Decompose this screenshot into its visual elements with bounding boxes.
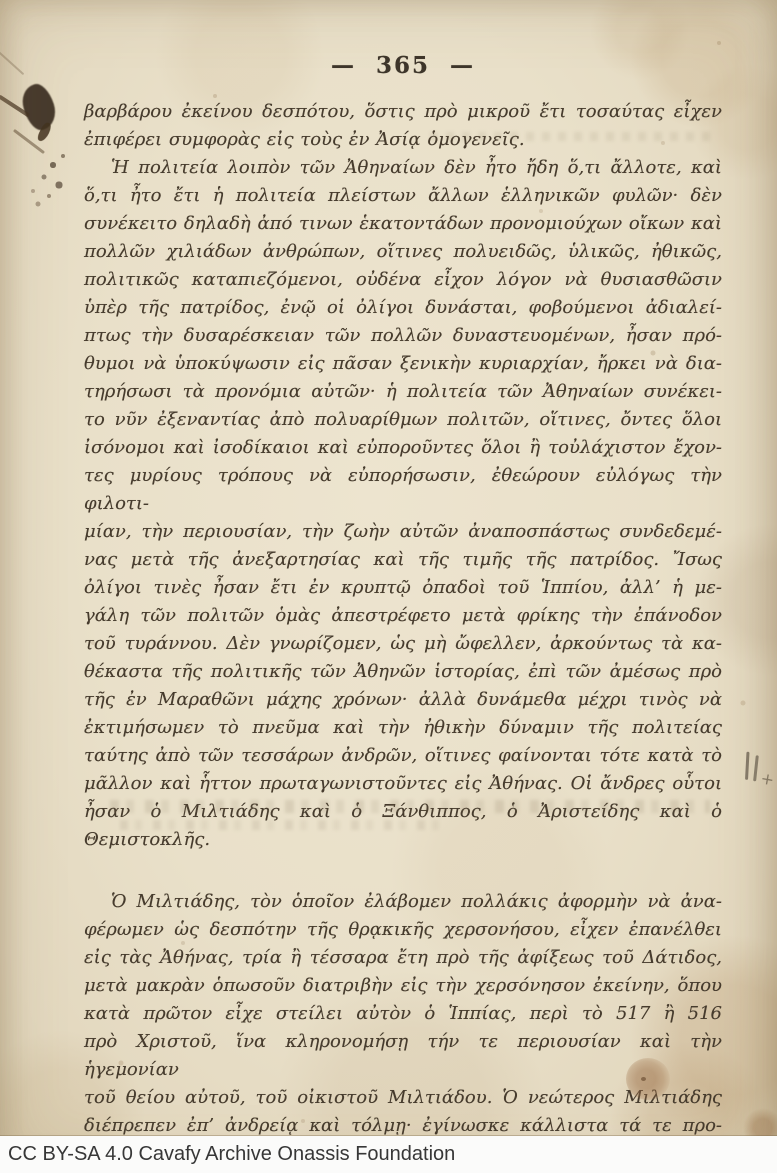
text-line: πολλῶν χιλιάδων ἀνθρώπων, οἵτινες πολυει… (84, 238, 722, 266)
ink-spatter-dots (46, 150, 48, 152)
text-line: κατὰ πρῶτον εἶχε στείλει αὐτὸν ὁ Ἱππίας,… (84, 1000, 722, 1028)
text-line: πτως τὴν δυσαρέσκειαν τῶν πολλῶν δυναστε… (84, 322, 722, 350)
round-foxing-stain (626, 1058, 670, 1100)
text-line: ἐκτιμήσωμεν τὸ πνεῦμα καὶ τὴν ἠθικὴν δύν… (84, 714, 722, 742)
text-line: ταύτης ἀπὸ τῶν τεσσάρων ἀνδρῶν, οἵτινες … (84, 742, 722, 770)
paragraph-continuation: βαρβάρου ἐκείνου δεσπότου, ὅστις πρὸ μικ… (84, 98, 722, 154)
pencil-annotation: + (738, 749, 777, 804)
pencil-stroke (753, 755, 759, 781)
pencil-plus-mark: + (759, 768, 776, 789)
page-number: — 365 — (84, 52, 722, 79)
stain-dark-center (641, 1077, 646, 1081)
text-line: τηρήσωσι τὰ προνόμια αὐτῶν· ἡ πολιτεία τ… (84, 378, 722, 406)
paragraph-miltiades: Ὁ Μιλτιάδης, τὸν ὁποῖον ἐλάβομεν πολλάκι… (84, 888, 722, 1140)
text-line: ὀλίγοι τινὲς ἦσαν ἔτι ἐν κρυπτῷ ὀπαδοὶ τ… (84, 574, 722, 602)
text-line: ἰσόνομοι καὶ ἰσοδίκαιοι καὶ εὐποροῦντες … (84, 434, 722, 462)
text-line: πολιτικῶς καταπιεζόμενοι, οὐδένα εἶχον λ… (84, 266, 722, 294)
text-block: βαρβάρου ἐκείνου δεσπότου, ὅστις πρὸ μικ… (84, 98, 722, 1140)
paragraph-politeia: Ἡ πολιτεία λοιπὸν τῶν Ἀθηναίων δὲν ἦτο ἤ… (84, 154, 722, 854)
text-line: νας μετὰ τῆς ἀνεξαρτησίας καὶ τῆς τιμῆς … (84, 546, 722, 574)
text-line: μίαν, τὴν περιουσίαν, τὴν ζωὴν αὐτῶν ἀνα… (84, 518, 722, 546)
text-line: βαρβάρου ἐκείνου δεσπότου, ὅστις πρὸ μικ… (84, 98, 722, 126)
license-text: CC BY-SA 4.0 Cavafy Archive Onassis Foun… (0, 1136, 777, 1173)
text-line: τῆς ἐν Μαραθῶνι μάχης χρόνων· ἀλλὰ δυνάμ… (84, 686, 722, 714)
ink-blot (18, 80, 61, 133)
text-line: τες μυρίους τρόπους νὰ εὐπορήσωσιν, ἐθεώ… (84, 462, 722, 518)
text-line: συνέκειτο δηλαδὴ ἀπό τινων ἑκατοντάδων π… (84, 210, 722, 238)
text-line: ὑπὲρ τῆς πατρίδος, ἐνῷ οἱ ὀλίγοι δυνάστα… (84, 294, 722, 322)
text-line: τοῦ θείου αὐτοῦ, τοῦ οἰκιστοῦ Μιλτιάδου.… (84, 1084, 722, 1112)
text-line: ἐπιφέρει συμφορὰς εἰς τοὺς ἐν Ἀσίᾳ ὁμογε… (84, 126, 722, 154)
text-line: το νῦν ἐξεναντίας ἀπὸ πολυαρίθμων πολιτῶ… (84, 406, 722, 434)
pencil-stroke (745, 752, 749, 780)
text-line: ἦσαν ὁ Μιλτιάδης καὶ ὁ Ξάνθιππος, ὁ Ἀρισ… (84, 798, 722, 854)
scanned-book-page: — 365 — βαρβάρου ἐκείνου δεσπότου, ὅστις… (0, 0, 777, 1173)
text-line: θυμοι νὰ ὑποκύψωσιν εἰς πᾶσαν ξενικὴν κυ… (84, 350, 722, 378)
text-line: μετὰ μακρὰν ὁπωσοῦν διατριβὴν εἰς τὴν χε… (84, 972, 722, 1000)
text-line: τοῦ τυράννου. Δὲν γνωρίζομεν, ὡς μὴ ὤφελ… (84, 630, 722, 658)
text-line: ὅ,τι ἦτο ἔτι ἡ πολιτεία πλείστων ἄλλων ἑ… (84, 182, 722, 210)
paper-speckles (0, 0, 2, 2)
text-line: Ὁ Μιλτιάδης, τὸν ὁποῖον ἐλάβομεν πολλάκι… (84, 888, 722, 916)
text-line: γάλη τῶν πολιτῶν ὁμὰς ἀπεστρέφετο μετὰ φ… (84, 602, 722, 630)
text-line: εἰς τὰς Ἀθήνας, τρία ἢ τέσσαρα ἔτη πρὸ τ… (84, 944, 722, 972)
text-line: φέρωμεν ὡς δεσπότην τῆς θρᾳκικῆς χερσονή… (84, 916, 722, 944)
text-line: θέκαστα τῆς πολιτικῆς τῶν Ἀθηνῶν ἱστορία… (84, 658, 722, 686)
text-line: μᾶλλον καὶ ἧττον πρωταγωνιστοῦντες εἰς Ἀ… (84, 770, 722, 798)
license-bar: CC BY-SA 4.0 Cavafy Archive Onassis Foun… (0, 1136, 777, 1173)
corner-crease (0, 51, 24, 75)
text-line: Ἡ πολιτεία λοιπὸν τῶν Ἀθηναίων δὲν ἦτο ἤ… (84, 154, 722, 182)
